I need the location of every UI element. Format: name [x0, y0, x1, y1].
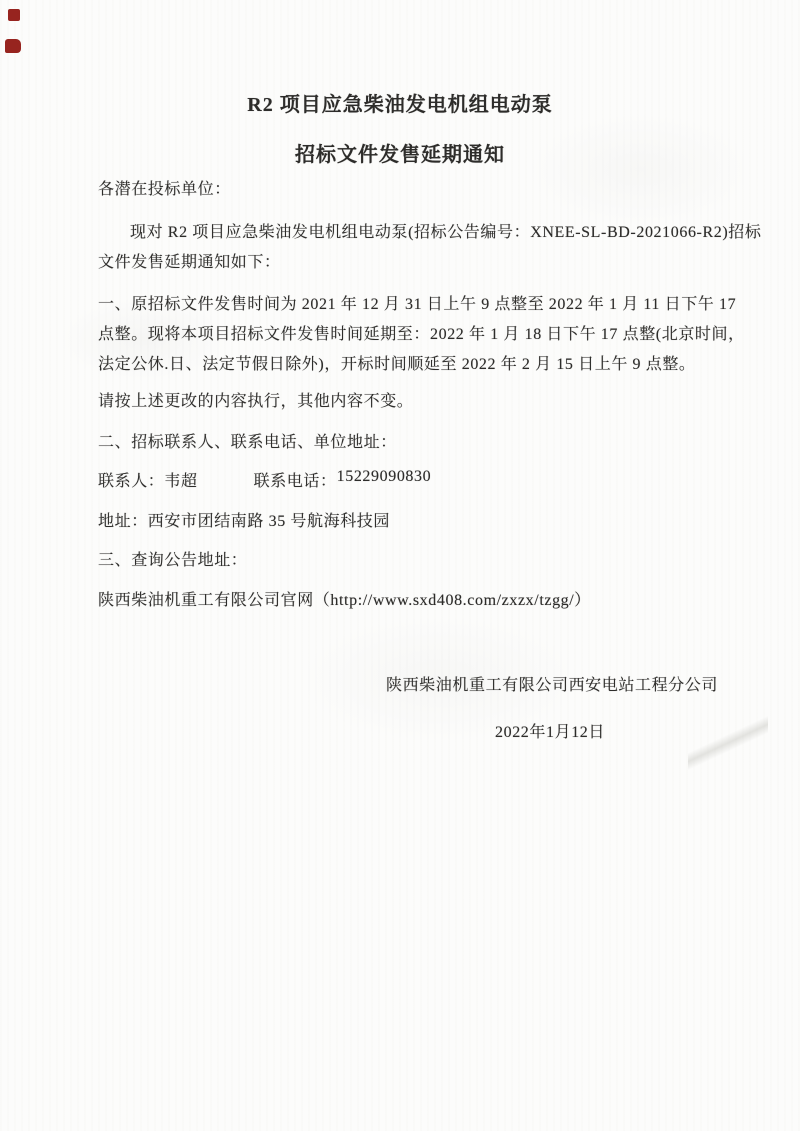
scan-smudge [688, 688, 768, 798]
contact-gap [198, 468, 254, 491]
website-line: 陕西柴油机重工有限公司官网（http://www.sxd408.com/zxzx… [98, 587, 591, 610]
contact-phone-number: 15229090830 [337, 468, 432, 491]
section-1-line: 点整。现将本项目招标文件发售时间延期至：2022 年 1 月 18 日下午 17… [98, 320, 745, 350]
scan-artifact-mark [8, 9, 20, 21]
contact-phone-label: 联系电话： [254, 468, 337, 491]
section-1-line: 法定公休.日、法定节假日除外)，开标时间顺延至 2022 年 2 月 15 日上… [98, 350, 745, 380]
address-line: 地址：西安市团结南路 35 号航海科技园 [98, 508, 390, 531]
section-1-paragraph: 一、原招标文件发售时间为 2021 年 12 月 31 日上午 9 点整至 20… [98, 290, 745, 380]
scanned-notice-page: R2 项目应急柴油发电机组电动泵 招标文件发售延期通知 各潜在投标单位： 现对 … [0, 0, 800, 1131]
salutation: 各潜在投标单位： [98, 176, 231, 199]
issuer-signature: 陕西柴油机重工有限公司西安电站工程分公司 [386, 672, 718, 695]
contact-person-name: 韦超 [164, 468, 197, 491]
contact-person-label: 联系人： [98, 468, 164, 491]
document-title-line2: 招标文件发售延期通知 [0, 138, 800, 167]
intro-paragraph: 现对 R2 项目应急柴油发电机组电动泵(招标公告编号：XNEE-SL-BD-20… [98, 218, 761, 278]
intro-line: 现对 R2 项目应急柴油发电机组电动泵(招标公告编号：XNEE-SL-BD-20… [98, 218, 761, 248]
section-3-heading: 三、查询公告地址： [98, 547, 247, 570]
execution-note: 请按上述更改的内容执行，其他内容不变。 [98, 388, 413, 411]
scan-artifact-mark [5, 39, 21, 53]
section-2-heading: 二、招标联系人、联系电话、单位地址： [98, 429, 397, 452]
section-1-line: 一、原招标文件发售时间为 2021 年 12 月 31 日上午 9 点整至 20… [98, 290, 745, 320]
contact-row: 联系人：韦超联系电话：15229090830 [98, 468, 431, 491]
document-title-line1: R2 项目应急柴油发电机组电动泵 [0, 88, 800, 117]
intro-line: 文件发售延期通知如下： [98, 248, 761, 278]
issue-date: 2022年1月12日 [400, 719, 700, 742]
